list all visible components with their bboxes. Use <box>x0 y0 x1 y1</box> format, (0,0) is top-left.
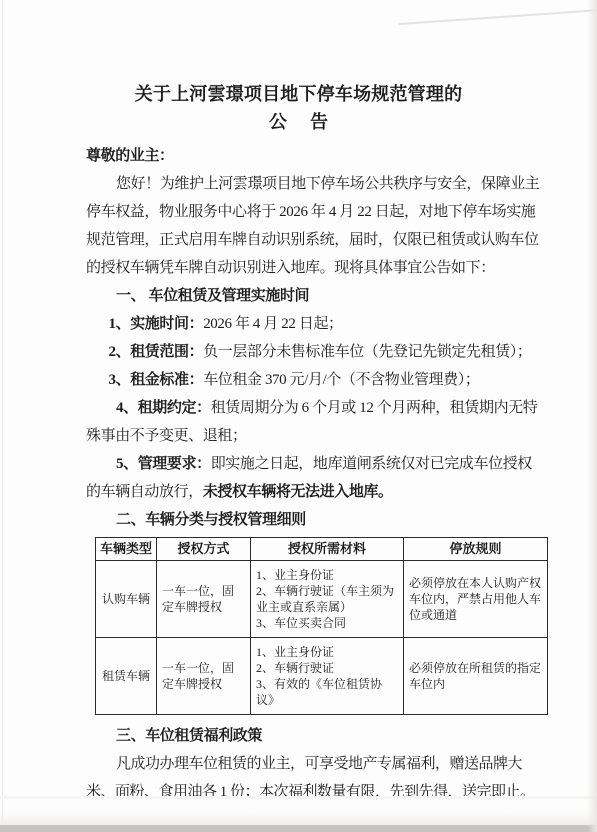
item-5-bold-text: 未授权车辆将无法进入地库。 <box>203 484 393 500</box>
cell-parking-rules: 必须停放在所租赁的指定车位内 <box>404 638 548 715</box>
page-edge-right <box>587 0 597 832</box>
cell-materials: 1、业主身份证 2、车辆行驶证 3、有效的《车位租赁协议》 <box>251 638 404 715</box>
cell-vehicle-type: 租赁车辆 <box>96 638 157 715</box>
cell-auth-method: 一车一位，固定车牌授权 <box>157 561 251 638</box>
item-1-label: 1、实施时间： <box>109 316 204 332</box>
item-2-label: 2、租赁范围： <box>109 344 204 360</box>
section2-heading: 二、车辆分类与授权管理细则 <box>86 506 545 534</box>
cell-materials: 1、业主身份证 2、车辆行驶证（车主须为业主或直系亲属） 3、车位买卖合同 <box>251 561 404 638</box>
notice-page: 关于上河雲璟项目地下停车场规范管理的 公 告 尊敬的业主： 您好！为维护上河雲璟… <box>0 0 597 832</box>
item-3-label: 3、租金标准： <box>109 372 204 388</box>
cell-vehicle-type: 认购车辆 <box>96 561 157 638</box>
page-edge-bottom-fade <box>0 811 597 825</box>
item-lease-term: 4、租期约定：租赁周期分为 6 个月或 12 个月两种，租赁期内无特殊事由不予变… <box>86 394 545 450</box>
header-cell-materials: 授权所需材料 <box>251 538 404 561</box>
item-1-text: 2026 年 4 月 22 日起； <box>203 316 342 332</box>
intro-paragraph: 您好！为维护上河雲璟项目地下停车场公共秩序与安全，保障业主停车权益，物业服务中心… <box>86 170 545 282</box>
item-rent-standard: 3、租金标准：车位租金 370 元/月/个（不含物业管理费）； <box>86 366 545 394</box>
document-body: 尊敬的业主： 您好！为维护上河雲璟项目地下停车场公共秩序与安全，保障业主停车权益… <box>0 136 597 806</box>
table-row-purchased: 认购车辆 一车一位，固定车牌授权 1、业主身份证 2、车辆行驶证（车主须为业主或… <box>96 561 548 638</box>
cell-parking-rules: 必须停放在本人认购产权车位内，严禁占用他人车位或通道 <box>404 561 548 638</box>
table-row-leased: 租赁车辆 一车一位，固定车牌授权 1、业主身份证 2、车辆行驶证 3、有效的《车… <box>96 638 548 715</box>
scan-artifact-smudge <box>0 796 597 799</box>
item-implementation-time: 1、实施时间：2026 年 4 月 22 日起； <box>86 310 545 338</box>
header-cell-parking-rules: 停放规则 <box>404 538 548 561</box>
page-title-line1: 关于上河雲璟项目地下停车场规范管理的 <box>0 80 597 108</box>
section1-heading: 一、 车位租赁及管理实施时间 <box>86 282 545 310</box>
item-5-label: 5、管理要求： <box>116 456 211 472</box>
page-title-line2: 公 告 <box>0 108 597 136</box>
item-4-label: 4、租期约定： <box>116 400 211 416</box>
salutation: 尊敬的业主： <box>86 142 545 170</box>
item-management-requirement: 5、管理要求：即实施之日起，地库道闸系统仅对已完成车位授权的车辆自动放行，未授权… <box>86 450 545 506</box>
item-lease-scope: 2、租赁范围：负一层部分未售标准车位（先登记先锁定先租赁）； <box>86 338 545 366</box>
title-block: 关于上河雲璟项目地下停车场规范管理的 公 告 <box>0 0 597 136</box>
table-header-row: 车辆类型 授权方式 授权所需材料 停放规则 <box>96 538 548 561</box>
item-3-text: 车位租金 370 元/月/个（不含物业管理费）； <box>203 372 479 388</box>
cell-auth-method: 一车一位，固定车牌授权 <box>157 638 251 715</box>
item-2-text: 负一层部分未售标准车位（先登记先锁定先租赁）； <box>203 344 531 360</box>
vehicle-authorization-table: 车辆类型 授权方式 授权所需材料 停放规则 认购车辆 一车一位，固定车牌授权 1… <box>95 537 548 715</box>
table-body: 认购车辆 一车一位，固定车牌授权 1、业主身份证 2、车辆行驶证（车主须为业主或… <box>96 561 548 715</box>
header-cell-auth-method: 授权方式 <box>157 538 251 561</box>
section3-heading: 三、车位租赁福利政策 <box>86 722 545 750</box>
table-head: 车辆类型 授权方式 授权所需材料 停放规则 <box>96 538 548 561</box>
page-edge-bottom <box>0 825 597 832</box>
header-cell-vehicle-type: 车辆类型 <box>96 538 157 561</box>
